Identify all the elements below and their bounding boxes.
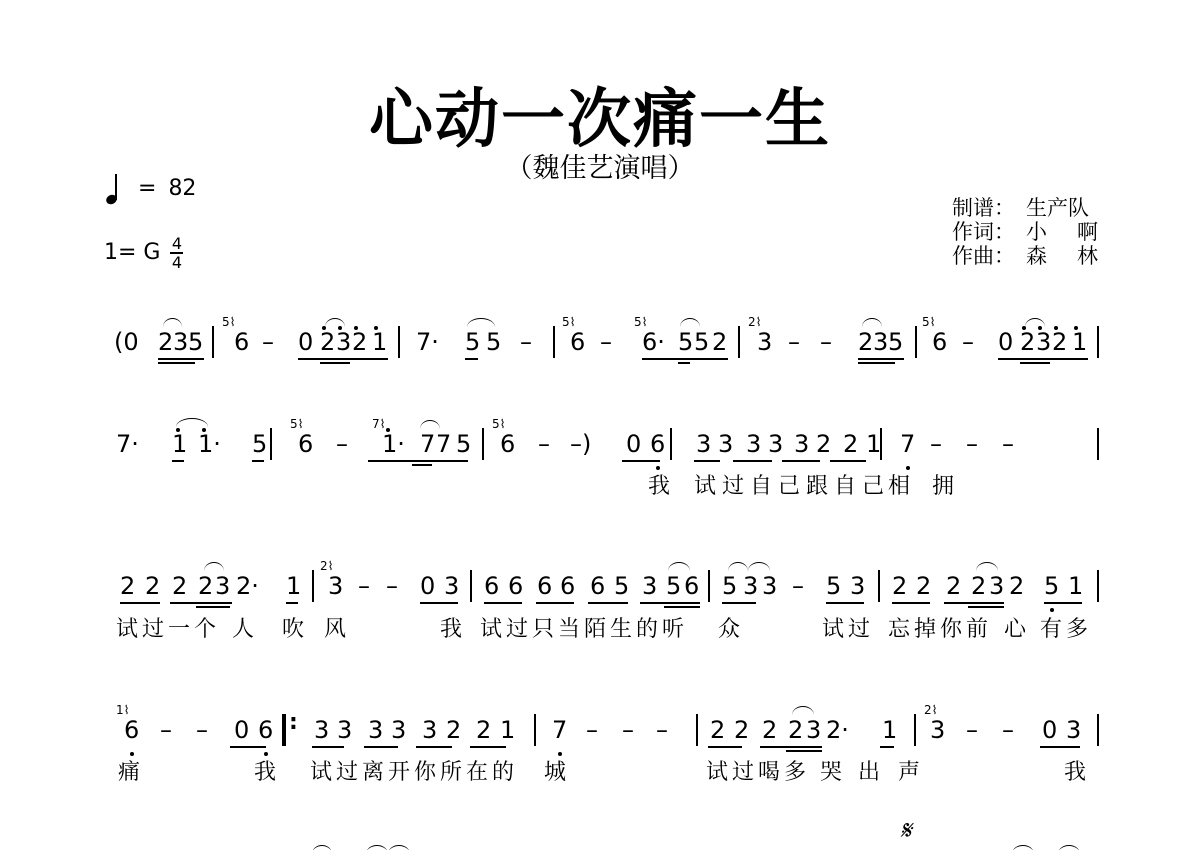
note: 2 <box>476 710 491 750</box>
octave-up-dot <box>338 326 342 330</box>
slur <box>366 845 388 850</box>
score-row: 7·11·56–1·7756––)06333332217–––5⌇7⌇5⌇ <box>0 424 1200 464</box>
tempo-bpm: 82 <box>168 176 196 201</box>
note: 5 <box>188 322 203 362</box>
lyric-char: 多 <box>784 758 806 788</box>
note: 3 <box>746 424 761 464</box>
note: 2 <box>198 566 213 606</box>
lyric-char: 声 <box>898 758 920 788</box>
note: 5 <box>888 322 903 362</box>
note: 3 <box>444 566 459 606</box>
octave-down-dot <box>1050 608 1054 612</box>
note: 2 <box>916 566 931 606</box>
beam-underline <box>722 602 756 604</box>
octave-up-dot <box>386 428 390 432</box>
note: 6 <box>560 566 575 606</box>
note: 5 <box>252 424 267 464</box>
key-signature: 1= G 4 4 <box>104 236 183 270</box>
lyric-char: 己 <box>862 472 884 502</box>
beam-underline <box>830 460 866 462</box>
lyric-char: 众 <box>718 615 740 645</box>
lyric-char: 你 <box>414 758 436 788</box>
note: 3 <box>718 424 733 464</box>
lyric-char: 多 <box>1066 615 1088 645</box>
segno-sign: 𝄋 <box>900 816 911 847</box>
note: 2 <box>446 710 461 750</box>
note: – <box>160 710 172 750</box>
note: 5 <box>666 566 681 606</box>
note: – <box>930 424 942 464</box>
lyric-char: 喝 <box>758 758 780 788</box>
note: 3 <box>215 566 230 606</box>
beam-underline <box>858 358 904 360</box>
note: 7 <box>552 710 567 750</box>
beam-underline <box>642 358 728 360</box>
note: 3 <box>1066 710 1081 750</box>
lyric-char: 一 <box>168 615 190 645</box>
bar-line <box>212 326 214 358</box>
note: – <box>196 710 208 750</box>
lyric-char: 离 <box>362 758 384 788</box>
note: 3 <box>314 710 329 750</box>
beam-underline <box>1020 362 1050 364</box>
beam-underline <box>588 602 628 604</box>
credit-value: 小啊 <box>1026 220 1098 244</box>
note: 5 <box>694 322 709 362</box>
octave-down-dot <box>906 466 910 470</box>
beam-underline <box>470 746 506 748</box>
note: 6 <box>537 566 552 606</box>
bar-line <box>878 570 880 602</box>
lyric-char: 哭 <box>820 758 842 788</box>
lyric-char: 我 <box>440 615 462 645</box>
score-row: (02356–023217·55–6–6·5523––2356–023215⌇5… <box>0 322 1200 362</box>
slur <box>388 845 410 850</box>
bar-line <box>915 326 917 358</box>
bar-line <box>534 714 536 746</box>
beam-underline <box>622 460 660 462</box>
grace-note: 5⌇ <box>492 418 506 430</box>
note: 5 <box>826 566 841 606</box>
note: 5 <box>722 566 737 606</box>
note: 2 <box>120 566 135 606</box>
beam-underline <box>158 362 195 364</box>
bar-line <box>1097 714 1099 746</box>
note: (0 <box>114 322 139 362</box>
beam-underline <box>465 358 478 360</box>
note: 7 <box>900 424 915 464</box>
note: 3 <box>422 710 437 750</box>
lyric-char: 试 <box>310 758 332 788</box>
lyric-char: 试 <box>116 615 138 645</box>
grace-note: 7⌇ <box>372 418 386 430</box>
beam-underline <box>664 606 700 608</box>
lyric-char: 开 <box>388 758 410 788</box>
note: 2 <box>1009 566 1024 606</box>
beam-underline <box>170 602 232 604</box>
slur <box>163 318 182 327</box>
octave-down-dot <box>558 752 562 756</box>
note: 2 <box>892 566 907 606</box>
repeat-start-barline <box>282 714 292 746</box>
bar-line <box>312 570 314 602</box>
note: – <box>262 322 274 362</box>
slur <box>748 562 770 571</box>
beam-underline <box>196 606 230 608</box>
lyric-char: 城 <box>544 758 566 788</box>
slur <box>792 706 814 715</box>
note: 2 <box>712 322 727 362</box>
lyric-char: 过 <box>336 758 358 788</box>
slur <box>680 318 700 327</box>
lyric-char: 自 <box>750 472 772 502</box>
note: 2 <box>145 566 160 606</box>
note: 6 <box>234 322 249 362</box>
note: – <box>622 710 634 750</box>
note: 0 <box>998 322 1013 362</box>
note: – <box>538 424 550 464</box>
beam-underline <box>298 358 388 360</box>
credit-value-part: 森 <box>1026 244 1047 268</box>
lyric-row: 试过一个人吹风我试过只当陌生的听众试过忘掉你前心有多 <box>0 615 1200 645</box>
bar-line <box>708 570 710 602</box>
lyric-char: 过 <box>722 472 744 502</box>
note: 3 <box>762 566 777 606</box>
note: 3 <box>989 566 1004 606</box>
note: 2 <box>762 710 777 750</box>
lyric-char: 当 <box>558 615 580 645</box>
credit-label: 制谱： <box>952 196 1026 220</box>
note: 3 <box>368 710 383 750</box>
beam-underline <box>230 746 266 748</box>
note: 2 <box>710 710 725 750</box>
lyric-char: 的 <box>636 615 658 645</box>
note: 2 <box>158 322 173 362</box>
octave-up-dot <box>202 428 206 432</box>
octave-down-dot <box>656 466 660 470</box>
octave-up-dot <box>1038 326 1042 330</box>
beam-underline <box>252 460 264 462</box>
credit-value-part: 林 <box>1077 244 1098 268</box>
note: – <box>386 566 398 606</box>
slur <box>1012 845 1034 850</box>
beam-underline <box>998 358 1088 360</box>
lyric-char: 试 <box>822 615 844 645</box>
note: 3 <box>743 566 758 606</box>
bar-line <box>914 714 916 746</box>
credits-block: 制谱：生产队作词：小啊作曲：森林 <box>952 196 1098 268</box>
note: 7· <box>416 322 439 362</box>
grace-note: 5⌇ <box>922 316 936 328</box>
octave-up-dot <box>1054 326 1058 330</box>
bar-line <box>696 714 698 746</box>
octave-up-dot <box>176 428 180 432</box>
note: 3 <box>873 322 888 362</box>
lyric-char: 我 <box>1064 758 1086 788</box>
bar-line <box>398 326 400 358</box>
beam-underline <box>782 460 820 462</box>
lyric-char: 听 <box>662 615 684 645</box>
octave-up-dot <box>1074 326 1078 330</box>
note: 2 <box>734 710 749 750</box>
beam-underline <box>892 602 930 604</box>
beam-underline <box>858 362 895 364</box>
credit-value-part: 小 <box>1026 220 1047 244</box>
beam-underline <box>760 746 822 748</box>
score-row: 6––06333332217–––222232·13––031⌇2⌇ <box>0 710 1200 750</box>
note: 2 <box>858 322 873 362</box>
note: 5 <box>1044 566 1059 606</box>
note: 6 <box>508 566 523 606</box>
beam-underline <box>320 362 350 364</box>
note: 1 <box>1068 566 1083 606</box>
beam-underline <box>412 464 432 466</box>
lyric-char: 过 <box>732 758 754 788</box>
credit-label: 作曲： <box>952 244 1026 268</box>
note: 6 <box>684 566 699 606</box>
lyric-row: 痛我试过离开你所在的城试过喝多哭出声我 <box>0 758 1200 788</box>
note: –) <box>570 424 591 464</box>
lyric-char: 生 <box>610 615 632 645</box>
lyric-char: 跟 <box>806 472 828 502</box>
grace-note: 5⌇ <box>290 418 304 430</box>
note: 3 <box>768 424 783 464</box>
beam-underline <box>312 746 344 748</box>
lyric-char: 个 <box>194 615 216 645</box>
note: – <box>966 710 978 750</box>
note: 5 <box>678 322 693 362</box>
lyric-char: 前 <box>966 615 988 645</box>
note: 1 <box>286 566 301 606</box>
beam-underline <box>286 602 298 604</box>
note: 3 <box>806 710 821 750</box>
note: 5 <box>486 322 501 362</box>
note: 2· <box>236 566 259 606</box>
grace-note: 5⌇ <box>562 316 576 328</box>
note: 0 <box>1042 710 1057 750</box>
note: 6 <box>258 710 273 750</box>
lyric-char: 试 <box>480 615 502 645</box>
note: 2· <box>826 710 849 750</box>
beam-underline <box>733 460 772 462</box>
bar-line <box>553 326 555 358</box>
lyric-row: 我试过自己跟自己相拥 <box>0 472 1200 502</box>
note: 3 <box>696 424 711 464</box>
beam-underline <box>786 750 822 752</box>
lyric-char: 试 <box>706 758 728 788</box>
lyric-char: 你 <box>940 615 962 645</box>
beam-underline <box>1040 746 1080 748</box>
lyric-char: 出 <box>858 758 880 788</box>
lyric-char: 只 <box>532 615 554 645</box>
note: 2 <box>843 424 858 464</box>
tempo-equals: = <box>138 176 156 201</box>
note: – <box>600 322 612 362</box>
note: – <box>586 710 598 750</box>
grace-note: 5⌇ <box>634 316 648 328</box>
credit-row: 作词：小啊 <box>952 220 1098 244</box>
credit-row: 制谱：生产队 <box>952 196 1098 220</box>
beam-underline <box>1044 602 1082 604</box>
slur <box>467 318 495 327</box>
slur <box>1058 845 1080 850</box>
lyric-char: 痛 <box>118 758 140 788</box>
beam-underline <box>120 602 160 604</box>
beam-underline <box>944 602 1004 604</box>
bar-line <box>482 428 484 460</box>
beam-underline <box>416 746 452 748</box>
beam-underline <box>968 606 1004 608</box>
beam-underline <box>826 602 864 604</box>
lyric-char: 试 <box>694 472 716 502</box>
note: 0 <box>420 566 435 606</box>
beam-underline <box>364 746 398 748</box>
slur <box>204 562 224 571</box>
note: 7· <box>116 424 139 464</box>
note: 5 <box>465 322 480 362</box>
note: – <box>358 566 370 606</box>
octave-down-dot <box>130 752 134 756</box>
lyric-char: 忘 <box>888 615 910 645</box>
time-bottom: 4 <box>172 255 182 270</box>
note: 0 <box>626 424 641 464</box>
beam-underline <box>420 602 458 604</box>
note: 5 <box>456 424 471 464</box>
lyric-char: 过 <box>848 615 870 645</box>
lyric-char: 有 <box>1040 615 1062 645</box>
note: – <box>1002 424 1014 464</box>
note: 2 <box>816 424 831 464</box>
octave-up-dot <box>322 326 326 330</box>
slur <box>862 318 882 327</box>
lyric-char: 过 <box>506 615 528 645</box>
beam-underline <box>880 746 894 748</box>
note: – <box>788 322 800 362</box>
lyric-char: 心 <box>1004 615 1026 645</box>
note: – <box>336 424 348 464</box>
grace-note: 1⌇ <box>116 704 130 716</box>
slur <box>325 318 345 327</box>
note: – <box>792 566 804 606</box>
note: 2 <box>788 710 803 750</box>
note: 6 <box>590 566 605 606</box>
note: – <box>966 424 978 464</box>
note: 6 <box>484 566 499 606</box>
bar-line <box>880 428 882 460</box>
time-signature: 4 4 <box>170 236 183 270</box>
credit-value-part: 啊 <box>1077 220 1098 244</box>
slur <box>728 562 748 571</box>
lyric-char: 所 <box>440 758 462 788</box>
beam-underline <box>678 362 690 364</box>
octave-up-dot <box>374 326 378 330</box>
credit-value-part: 生产队 <box>1026 196 1089 220</box>
bar-line <box>1097 428 1099 460</box>
credit-value: 生产队 <box>1026 196 1098 220</box>
note: – <box>520 322 532 362</box>
octave-up-dot <box>354 326 358 330</box>
key-label: 1= G <box>104 240 160 265</box>
beam-underline <box>536 602 574 604</box>
note: 2 <box>172 566 187 606</box>
note: 2 <box>971 566 986 606</box>
grace-note: 2⌇ <box>320 560 334 572</box>
octave-down-dot <box>264 752 268 756</box>
slur <box>976 562 998 571</box>
slur <box>176 418 208 427</box>
note: 0 <box>298 322 313 362</box>
note: 1 <box>866 424 881 464</box>
bar-line <box>670 428 672 460</box>
note: – <box>820 322 832 362</box>
score-row: 222232·13––03666665356533–53222232512⌇ <box>0 566 1200 606</box>
lyric-char: 吹 <box>282 615 304 645</box>
beam-underline <box>172 460 184 462</box>
beam-underline <box>708 746 742 748</box>
lyric-char: 相 <box>888 472 910 502</box>
grace-note: 2⌇ <box>748 316 762 328</box>
octave-up-dot <box>1022 326 1026 330</box>
note: 7 <box>420 424 435 464</box>
note: 0 <box>234 710 249 750</box>
note: 2 <box>946 566 961 606</box>
note: 1 <box>882 710 897 750</box>
lyric-char: 人 <box>232 615 254 645</box>
slur <box>668 562 690 571</box>
time-top: 4 <box>172 236 182 251</box>
note: 3 <box>794 424 809 464</box>
quarter-note-icon <box>106 172 126 204</box>
note: 1 <box>500 710 515 750</box>
slur <box>420 420 440 429</box>
grace-note: 5⌇ <box>222 316 236 328</box>
note: 7 <box>436 424 451 464</box>
beam-underline <box>158 358 204 360</box>
beam-underline <box>640 602 700 604</box>
lyric-char: 自 <box>834 472 856 502</box>
note: 3 <box>850 566 865 606</box>
note: 3 <box>337 710 352 750</box>
beam-underline <box>372 460 468 462</box>
note: 3 <box>391 710 406 750</box>
note: 3 <box>642 566 657 606</box>
credit-value: 森林 <box>1026 244 1098 268</box>
grace-note: 2⌇ <box>924 704 938 716</box>
slur <box>312 845 332 850</box>
note: – <box>962 322 974 362</box>
lyric-char: 过 <box>142 615 164 645</box>
lyric-char: 拥 <box>932 472 954 502</box>
slur <box>1025 318 1045 327</box>
lyric-char: 风 <box>324 615 346 645</box>
bar-line <box>1097 326 1099 358</box>
note: – <box>656 710 668 750</box>
beam-underline <box>694 460 720 462</box>
note: 5 <box>614 566 629 606</box>
bar-line <box>1097 570 1099 602</box>
note: 6 <box>650 424 665 464</box>
lyric-char: 我 <box>254 758 276 788</box>
bar-line <box>738 326 740 358</box>
lyric-char: 掉 <box>914 615 936 645</box>
lyric-char: 在 <box>466 758 488 788</box>
beam-underline <box>484 602 522 604</box>
note: 3 <box>173 322 188 362</box>
credit-row: 作曲：森林 <box>952 244 1098 268</box>
tempo-marking: = 82 <box>106 172 196 204</box>
lyric-char: 陌 <box>584 615 606 645</box>
credit-label: 作词： <box>952 220 1026 244</box>
